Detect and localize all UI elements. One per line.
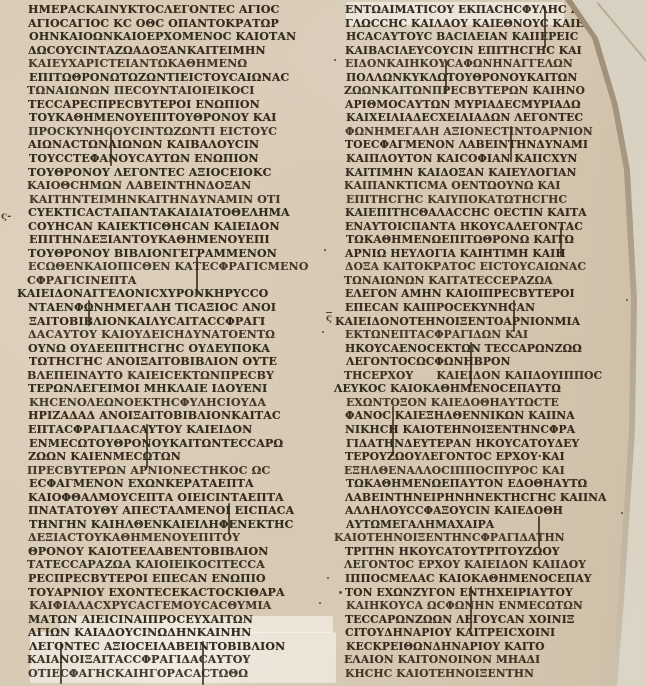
text-line: ΚΑΙΤΙΜΗΝ ΚΑΙΔΟΞΑΝ ΚΑΙΕΥΛΟΓΙΑΝ xyxy=(345,166,621,180)
text-line: ΤΟΕCΦΑΓΜΕΝΟΝ ΛΑΒΕΙΝΤΗΝΔΥΝΑΜΙ xyxy=(345,138,621,152)
text-line: ΠΝΑΤΑΤΟΥΘΥ ΑΠΕCΤΑΛΜΕΝΟΙ ΕΙCΠΑCΑ xyxy=(28,504,324,518)
descender-stroke xyxy=(513,300,515,332)
text-line: ΕΝΑΥΤΟΙCΠΑΝΤΑ ΗΚΟΥCΑΛΕΓΟΝΤΑC xyxy=(345,220,621,234)
text-line: ΚΑΙΤΗΝΤΕΙΜΗΝΚΑΙΤΗΝΔΥΝΑΜΙΝ ΟΤΙ xyxy=(29,193,325,207)
descender-stroke xyxy=(196,256,198,296)
ink-speck xyxy=(322,331,324,333)
text-line: ΤΟΥCCΤΕΦΑΝΟΥCΑΥΤΩΝ ΕΝΩΠΙΟΝ xyxy=(29,152,325,166)
text-line: ΕΚΤΩΝΕΠΤΑCΦΡΑΓΙΔΩΝ ΚΑΙ xyxy=(345,328,621,342)
text-line: ΕCΩΘΕΝΚΑΙΟΠΙCΘΕΝ ΚΑΤΕCΦΡΑΓΙCΜΕΝΟ xyxy=(28,260,324,274)
ink-speck xyxy=(319,602,321,604)
text-line: ΔΩCΟΥCΙΝΤΑΖΩΑΔΟΞΑΝΚΑΙΤΕΙΜΗΝ xyxy=(28,44,324,58)
text-line: ΤΕΡΟΥΖΩΟΥΛΕΓΟΝΤΟC ΕΡΧΟΥ·ΚΑΙ xyxy=(345,450,621,464)
margin-section-numeral: ς- xyxy=(1,212,11,222)
text-line: ΝΙΚΗCΗ ΚΑΙΟΤΕΗΝΟΙΞΕΝΤΗΝCΦΡΑ xyxy=(345,423,621,437)
text-line: ΛΕΓΟΝΤΕC ΑΞΙΟCΕΙΛΑΒΕΙΝΤΟΒΙΒΛΙΟΝ xyxy=(29,640,325,654)
text-line: ΚΑΙΗΚΟΥCΑ ΩCΦΩΝΗΝ ΕΝΜΕCΩΤΩΝ xyxy=(346,599,622,613)
text-line: ΤΩΚΑΘΗΜΕΝΩΕΠΙΤΩΘΡΟΝΩ ΚΑΙΤΩ xyxy=(346,233,622,247)
ink-speck xyxy=(339,591,342,594)
descender-stroke xyxy=(60,642,62,684)
text-line: ΑΛΛΗΛΟΥCCΦΑΞΟΥCΙΝ ΚΑΙΕΔΟΘΗ xyxy=(345,504,621,518)
descender-stroke xyxy=(560,227,562,257)
text-line: ΗΡΙΖΑΔΑΔ ΑΝΟΙΞΑΙΤΟΒΙΒΛΙΟΝΚΑΙΤΑC xyxy=(28,409,324,423)
text-line: ΚΑΙΕΙΔΟΝΑΓΓΕΛΟΝΙCΧΥΡΟΝΚΗΡΥCCΟ xyxy=(17,287,324,301)
descender-stroke xyxy=(544,6,546,48)
text-line: ΤΩΤΗCΓΗC ΑΝΟΙΞΑΙΤΟΒΙΒΛΙΟΝ ΟΥΤΕ xyxy=(29,355,325,369)
text-line: ΔΟΞΑ ΚΑΙΤΟΚΡΑΤΟC ΕΙCΤΟΥCΑΙΩΝΑC xyxy=(345,260,621,274)
text-line: ΛΕΓΟΝΤΟC ΕΡΧΟΥ ΚΑΙΕΙΔΟΝ ΚΑΙΙΔΟΥ xyxy=(344,558,620,572)
text-line: CΥΕΚΤΙCΑCΤΑΠΑΝΤΑΚΑΙΔΙΑΤΟΘΕΛΗΜΑ xyxy=(28,206,324,220)
text-line: ΙΠΠΟCΜΕΛΑC ΚΑΙΟΚΑΘΗΜΕΝΟCΕΠΑΥ xyxy=(345,572,621,586)
text-line: ΛΕΥΚΟC ΚΑΙΟΚΑΘΗΜΕΝΟCΕΠΑΥΤΩ xyxy=(334,382,621,396)
text-line: ΘΡΟΝΟΥ ΚΑΙΟΤΕΕΛΑΒΕΝΤΟΒΙΒΛΙΟΝ xyxy=(28,545,324,559)
text-line: ΦΑΝΟC ΚΑΙΕΞΗΛΘΕΝΝΙΚΩΝ ΚΑΙΙΝΑ xyxy=(345,409,621,423)
text-line: ΕΛΕΓΟΝ ΑΜΗΝ ΚΑΙΟΙΠΡΕCΒΥΤΕΡΟΙ xyxy=(345,287,621,301)
text-line: ΚΑΙΑΝΟΙΞΑΙΤΑCCΦΡΑΓΙΔΑCΑΥΤΟΥ xyxy=(27,653,323,667)
text-line: ΤΩΝΑΙΩΝΩΝ ΚΑΙΤΑΤΕCCΕΡΑΖΩΑ xyxy=(344,274,620,288)
text-line: ΤΟΝ ΕΧΩΝΖΥΓΟΝ ΕΝΤΗΧΕΙΡΙΑΥΤΟΥ xyxy=(345,586,621,600)
text-line: ΝΤΑΕΝΦΩΝΗΜΕΓΑΛΗ ΤΙCΑΞΙΟC ΑΝΟΙ xyxy=(28,301,324,315)
text-column-right: ΕΝΤΩΑΙΜΑΤΙCΟΥ ΕΚΠΑCΗCΦΥΛΗC ΚΑΙΓΛΩCCΗC ΚΑ… xyxy=(345,3,621,680)
text-line: ΕΞΗΛΘΕΝΑΛΛΟCΙΠΠΟCΠΥΡΟC ΚΑΙ xyxy=(344,464,620,478)
text-line: ΕΠΕCΑΝ ΚΑΙΠΡΟCΕΚΥΝΗCΑΝ xyxy=(345,301,621,315)
text-line: ΕΝΜΕCΩΤΟΥΘΡΟΝΟΥΚΑΙΤΩΝΤΕCCΑΡΩ xyxy=(29,437,325,451)
text-line: ΤΟΥΘΡΟΝΟΥ ΒΙΒΛΙΟΝΓΕΓΡΑΜΜΕΝΟΝ xyxy=(28,247,324,261)
text-line: ΤΑΤΕCCΑΡΑΖΩΑ ΚΑΙΟΙΕΙΚΟCΙΤΕCCΑ xyxy=(27,558,323,572)
text-line: ΤΟΥΑΡΝΙΟΥ ΕΧΟΝΤΕCΕΚΑCΤΟCΚΙΘΑΡΑ xyxy=(28,586,324,600)
margin-section-numeral: ς xyxy=(326,312,332,324)
text-line: ΤΟΥΚΑΘΗΜΕΝΟΥΕΠΙΤΟΥΘΡΟΝΟΥ ΚΑΙ xyxy=(29,111,325,125)
text-line: ΤΟΥΘΡΟΝΟΥ ΛΕΓΟΝΤΕC ΑΞΙΟCΕΙΟΚC xyxy=(28,166,324,180)
descender-stroke xyxy=(538,516,540,548)
descender-stroke xyxy=(470,586,472,630)
ink-speck xyxy=(626,299,628,301)
text-line: ΚΑΙΟΤΕΗΝΟΙΞΕΝΤΗΝCΦΡΑΓΙΔΑΤΗΝ xyxy=(334,531,621,545)
text-line: ΚΑΙΦΙΑΛΑCΧΡΥCΑCΓΕΜΟΥCΑCΘΥΜΙΑ xyxy=(29,599,325,613)
text-line: ΦΩΝΗΜΕΓΑΛΗ ΑΞΙΟΝΕCΤΙΝΤΟΑΡΝΙΟΝ xyxy=(345,125,621,139)
text-line: ΕΠΤΑCΦΡΑΓΙΔΑCΑΥΤΟΥ ΚΑΙΕΙΔΟΝ xyxy=(28,423,324,437)
text-line: ΕΛΑΙΟΝ ΚΑΙΤΟΝΟΙΝΟΝ ΜΗΑΔΙ xyxy=(344,653,620,667)
text-line: ΚΕCΚΡΕΙΘΩΝΔΗΝΑΡΙΟΥ ΚΑΙΤΟ xyxy=(346,640,622,654)
text-line: ΚΗCΗC ΚΑΙΟΤΕΗΝΟΙΞΕΝΤΗΝ xyxy=(345,667,621,681)
ink-speck xyxy=(621,512,623,514)
text-line: ΕΧΩΝΤΟΞΟΝ ΚΑΙΕΔΟΘΗΑΥΤΩCΤΕ xyxy=(346,396,622,410)
descender-stroke xyxy=(88,300,90,326)
text-line: ΑΡΙΘΜΟCΑΥΤΩΝ ΜΥΡΙΑΔΕCΜΥΡΙΑΔΩ xyxy=(345,98,621,112)
text-line: ΟΗΝΚΑΙΟΩΝΚΑΙΟΕΡΧΟΜΕΝΟC ΚΑΙΟΤΑΝ xyxy=(29,30,325,44)
text-line: ΑΥΤΩΜΕΓΑΛΗΜΑΧΑΙΡΑ xyxy=(346,518,622,532)
text-column-left: ΗΜΕΡΑCΚΑΙΝΥΚΤΟCΛΕΓΟΝΤΕC ΑΓΙΟCΑΓΙΟCΑΓΙΟC … xyxy=(28,3,324,680)
text-line: ΤΩΝΑΙΩΝΩΝ ΠΕCΟΥΝΤΑΙΟΙΕΙΚΟCΙ xyxy=(27,84,323,98)
text-line: ΒΛΕΠΕΙΝΑΥΤΟ ΚΑΙΕΙCΕΚΤΩΝΠΡΕCΒΥ xyxy=(27,369,323,383)
text-line: ΤΗCΕΡΧΟΥ ΚΑΙΕΙΔΟΝ ΚΑΙΙΔΟΥΙΠΠΟC xyxy=(344,369,620,383)
text-line: ΠΡΟCΚΥΝΗCΟΥCΙΝΤΩΖΩΝΤΙ ΕΙCΤΟΥC xyxy=(28,125,324,139)
text-line: ΖΩΩΝΚΑΙΤΩΝΠΡΕCΒΥΤΕΡΩΝ ΚΑΙΗΝΟ xyxy=(344,84,620,98)
text-line: ΑΡΝΙΩ ΗΕΥΛΟΓΙΑ ΚΑΙΗΤΙΜΗ ΚΑΙΗ xyxy=(345,247,621,261)
text-line: ΔΑCΑΥΤΟΥ ΚΑΙΟΥΔΕΙCΗΔΥΝΑΤΟΕΝΤΩ xyxy=(28,328,324,342)
text-line: ΑΙΩΝΑCΤΩΝΑΙΩΝΩΝ ΚΑΙΒΑΛΟΥCΙΝ xyxy=(28,138,324,152)
text-line: ΗΚΟΥCΑΕΝΟCΕΚΤΩΝ ΤΕCCΑΡΩΝΖΩΩ xyxy=(345,342,621,356)
descender-stroke xyxy=(510,126,512,162)
text-line: ΗΜΕΡΑCΚΑΙΝΥΚΤΟCΛΕΓΟΝΤΕC ΑΓΙΟC xyxy=(28,3,324,17)
text-line: ΚΑΙΟΦΘΑΛΜΟΥCΕΠΤΑ ΟΙΕΙCΙΝΤΑΕΠΤΑ xyxy=(28,491,324,505)
descender-stroke xyxy=(202,641,204,685)
text-line: ΚΑΙΠΛΟΥΤΟΝ ΚΑΙCΟΦΙΑΝ ΚΑΙΙCΧΥΝ xyxy=(346,152,622,166)
text-line: ΑΓΙΩΝ ΚΑΙΑΔΟΥCΙΝΩΔΗΝΚΑΙΝΗΝ xyxy=(28,626,324,640)
text-line: ΤΩΚΑΘΗΜΕΝΩΕΠΑΥΤΟΝ ΕΔΟΘΗΑΥΤΩ xyxy=(346,477,622,491)
text-line: ΕΠΙΤΗCΓΗC ΚΑΙΥΠΟΚΑΤΩΤΗCΓΗC xyxy=(346,193,622,207)
text-line: ΤΕCCΑΡΕCΠΡΕCΒΥΤΕΡΟΙ ΕΝΩΠΙΟΝ xyxy=(28,98,324,112)
text-line: ΠΡΕCΒΥΤΕΡΩΝ ΑΡΝΙΟΝΕCΤΗΚΟC ΩC xyxy=(27,464,323,478)
text-line: ΗCΑCΑΥΤΟΥC ΒΑCΙΛΕΙΑΝ ΚΑΙΙΕΡΕΙC xyxy=(346,30,622,44)
text-line: ΚΑΙΕΠΙΤΗCΘΑΛΑCCΗC ΟΕCΤΙΝ ΚΑΙΤΑ xyxy=(345,206,621,220)
text-line: ΕCΦΑΓΜΕΝΟΝ ΕΧΩΝΚΕΡΑΤΑΕΠΤΑ xyxy=(29,477,325,491)
descender-stroke xyxy=(470,342,472,386)
text-line: ΕΠΙΤΗΝΔΕΞΙΑΝΤΟΥΚΑΘΗΜΕΝΟΥΕΠΙ xyxy=(29,233,325,247)
descender-stroke xyxy=(110,130,112,166)
text-line: ΚΗCΕΝΟΛΕΩΝΟΕΚΤΗCΦΥΛΗCΙΟΥΔΑ xyxy=(29,396,325,410)
text-line: CΙΤΟΥΔΗΝΑΡΙΟΥ ΚΑΙΤΡΕΙCΧΟΙΝΙ xyxy=(345,626,621,640)
text-line: ΛΕΓΟΝΤΟCΩCΦΩΝΗΒΡΟΝ xyxy=(346,355,622,369)
descender-stroke xyxy=(146,424,148,468)
text-line: ΤΗΝΓΗΝ ΚΑΙΗΛΘΕΝΚΑΙΕΙΛΗΦΕΝΕΚΤΗC xyxy=(29,518,325,532)
ink-speck xyxy=(324,249,326,251)
text-line: ΚΑΙΟΘCΗΜΩΝ ΛΑΒΕΙΝΤΗΝΔΟΞΑΝ xyxy=(27,179,323,193)
manuscript-page: ΗΜΕΡΑCΚΑΙΝΥΚΤΟCΛΕΓΟΝΤΕC ΑΓΙΟCΑΓΙΟCΑΓΙΟC … xyxy=(0,0,646,686)
text-line: ΓΙΔΑΤΗΝΔΕΥΤΕΡΑΝ ΗΚΟΥCΑΤΟΥΔΕΥ xyxy=(346,437,622,451)
ink-speck xyxy=(334,59,336,61)
text-line: ΤΕCCΑΡΩΝΖΩΩΝ ΛΕΓΟΥCΑΝ ΧΟΙΝΙΞ xyxy=(345,613,621,627)
text-line: ΜΑΤΩΝ ΑΙΕΙCΙΝΑΙΠΡΟCΕΥΧΑΙΤΩΝ xyxy=(28,613,324,627)
descender-stroke xyxy=(445,60,447,94)
text-line: ΚΑΙΕΙΔΟΝΟΤΕΗΝΟΙΞΕΝΤΟΑΡΝΙΟΝΜΙΑ xyxy=(335,315,622,329)
text-line: ΠΟΛΛΩΝΚΥΚΛΩΤΟΥΘΡΟΝΟΥΚΑΙΤΩΝ xyxy=(346,71,622,85)
text-line: ΞΑΙΤΟΒΙΒΛΙΟΝΚΑΙΛΥCΑΙΤΑCCΦΡΑΓΙ xyxy=(29,315,325,329)
text-line: ΕΠΙΤΩΘΡΟΝΩΤΩΖΩΝΤΙΕΙCΤΟΥCΑΙΩΝΑC xyxy=(29,71,325,85)
text-line: ΔΕΞΙΑCΤΟΥΚΑΘΗΜΕΝΟΥΕΠΙΤΟΥ xyxy=(28,531,324,545)
text-line: ΚΑΙΕΥΧΑΡΙCΤΕΙΑΝΤΩΚΑΘΗΜΕΝΩ xyxy=(28,57,324,71)
text-line: ΖΩΩΝ ΚΑΙΕΝΜΕCΩΤΩΝ xyxy=(28,450,324,464)
text-line: ΚΑΙΧΕΙΛΙΑΔΕCΧΕΙΛΙΑΔΩΝ ΛΕΓΟΝΤΕC xyxy=(346,111,622,125)
text-line: ΡΕCΠΡΕCΒΥΤΕΡΟΙ ΕΠΕCΑΝ ΕΝΩΠΙΟ xyxy=(28,572,324,586)
text-line: ΚΑΙΒΑCΙΛΕΥCΟΥCΙΝ ΕΠΙΤΗCΓΗC ΚΑΙ xyxy=(345,44,621,58)
text-line: CΟΥΗCΑΝ ΚΑΙΕΚΤΙCΘΗCΑΝ ΚΑΙΕΙΔΟΝ xyxy=(28,220,324,234)
text-line: ΟΥΝΩ ΟΥΔΕΕΠΙΤΗCΓΗC ΟΥΔΕΥΠΟΚΑ xyxy=(28,342,324,356)
descender-stroke xyxy=(228,503,230,535)
descender-stroke xyxy=(392,406,394,456)
ink-speck xyxy=(327,577,329,579)
text-line: ΤΕΡΩΝΛΕΓΕΙΜΟΙ ΜΗΚΛΑΙΕ ΙΔΟΥΕΝΙ xyxy=(28,382,324,396)
text-line: ΕΙΔΟΝΚΑΙΗΚΟΥCΑΦΩΝΗΝΑΓΓΕΛΩΝ xyxy=(345,57,621,71)
text-line: ΑΓΙΟCΑΓΙΟC ΚC ΟΘC ΟΠΑΝΤΟΚΡΑΤΩΡ xyxy=(28,17,324,31)
text-line: ΛΑΒΕΙΝΤΗΝΕΙΡΗΝΗΝΕΚΤΗCΓΗC ΚΑΙΙΝΑ xyxy=(345,491,621,505)
text-line: ΟΤΙΕCΦΑΓΗCΚΑΙΗΓΟΡΑCΑCΤΩΘΩ xyxy=(28,667,324,681)
text-line: ΤΡΙΤΗΝ ΗΚΟΥCΑΤΟΥΤΡΙΤΟΥΖΩΟΥ xyxy=(345,545,621,559)
text-line: ΚΑΙΠΑΝΚΤΙCΜΑ ΟΕΝΤΩΟΥΝΩ ΚΑΙ xyxy=(344,179,620,193)
text-line: CΦΡΑΓΙCΙΝΕΠΤΑ xyxy=(27,274,323,288)
